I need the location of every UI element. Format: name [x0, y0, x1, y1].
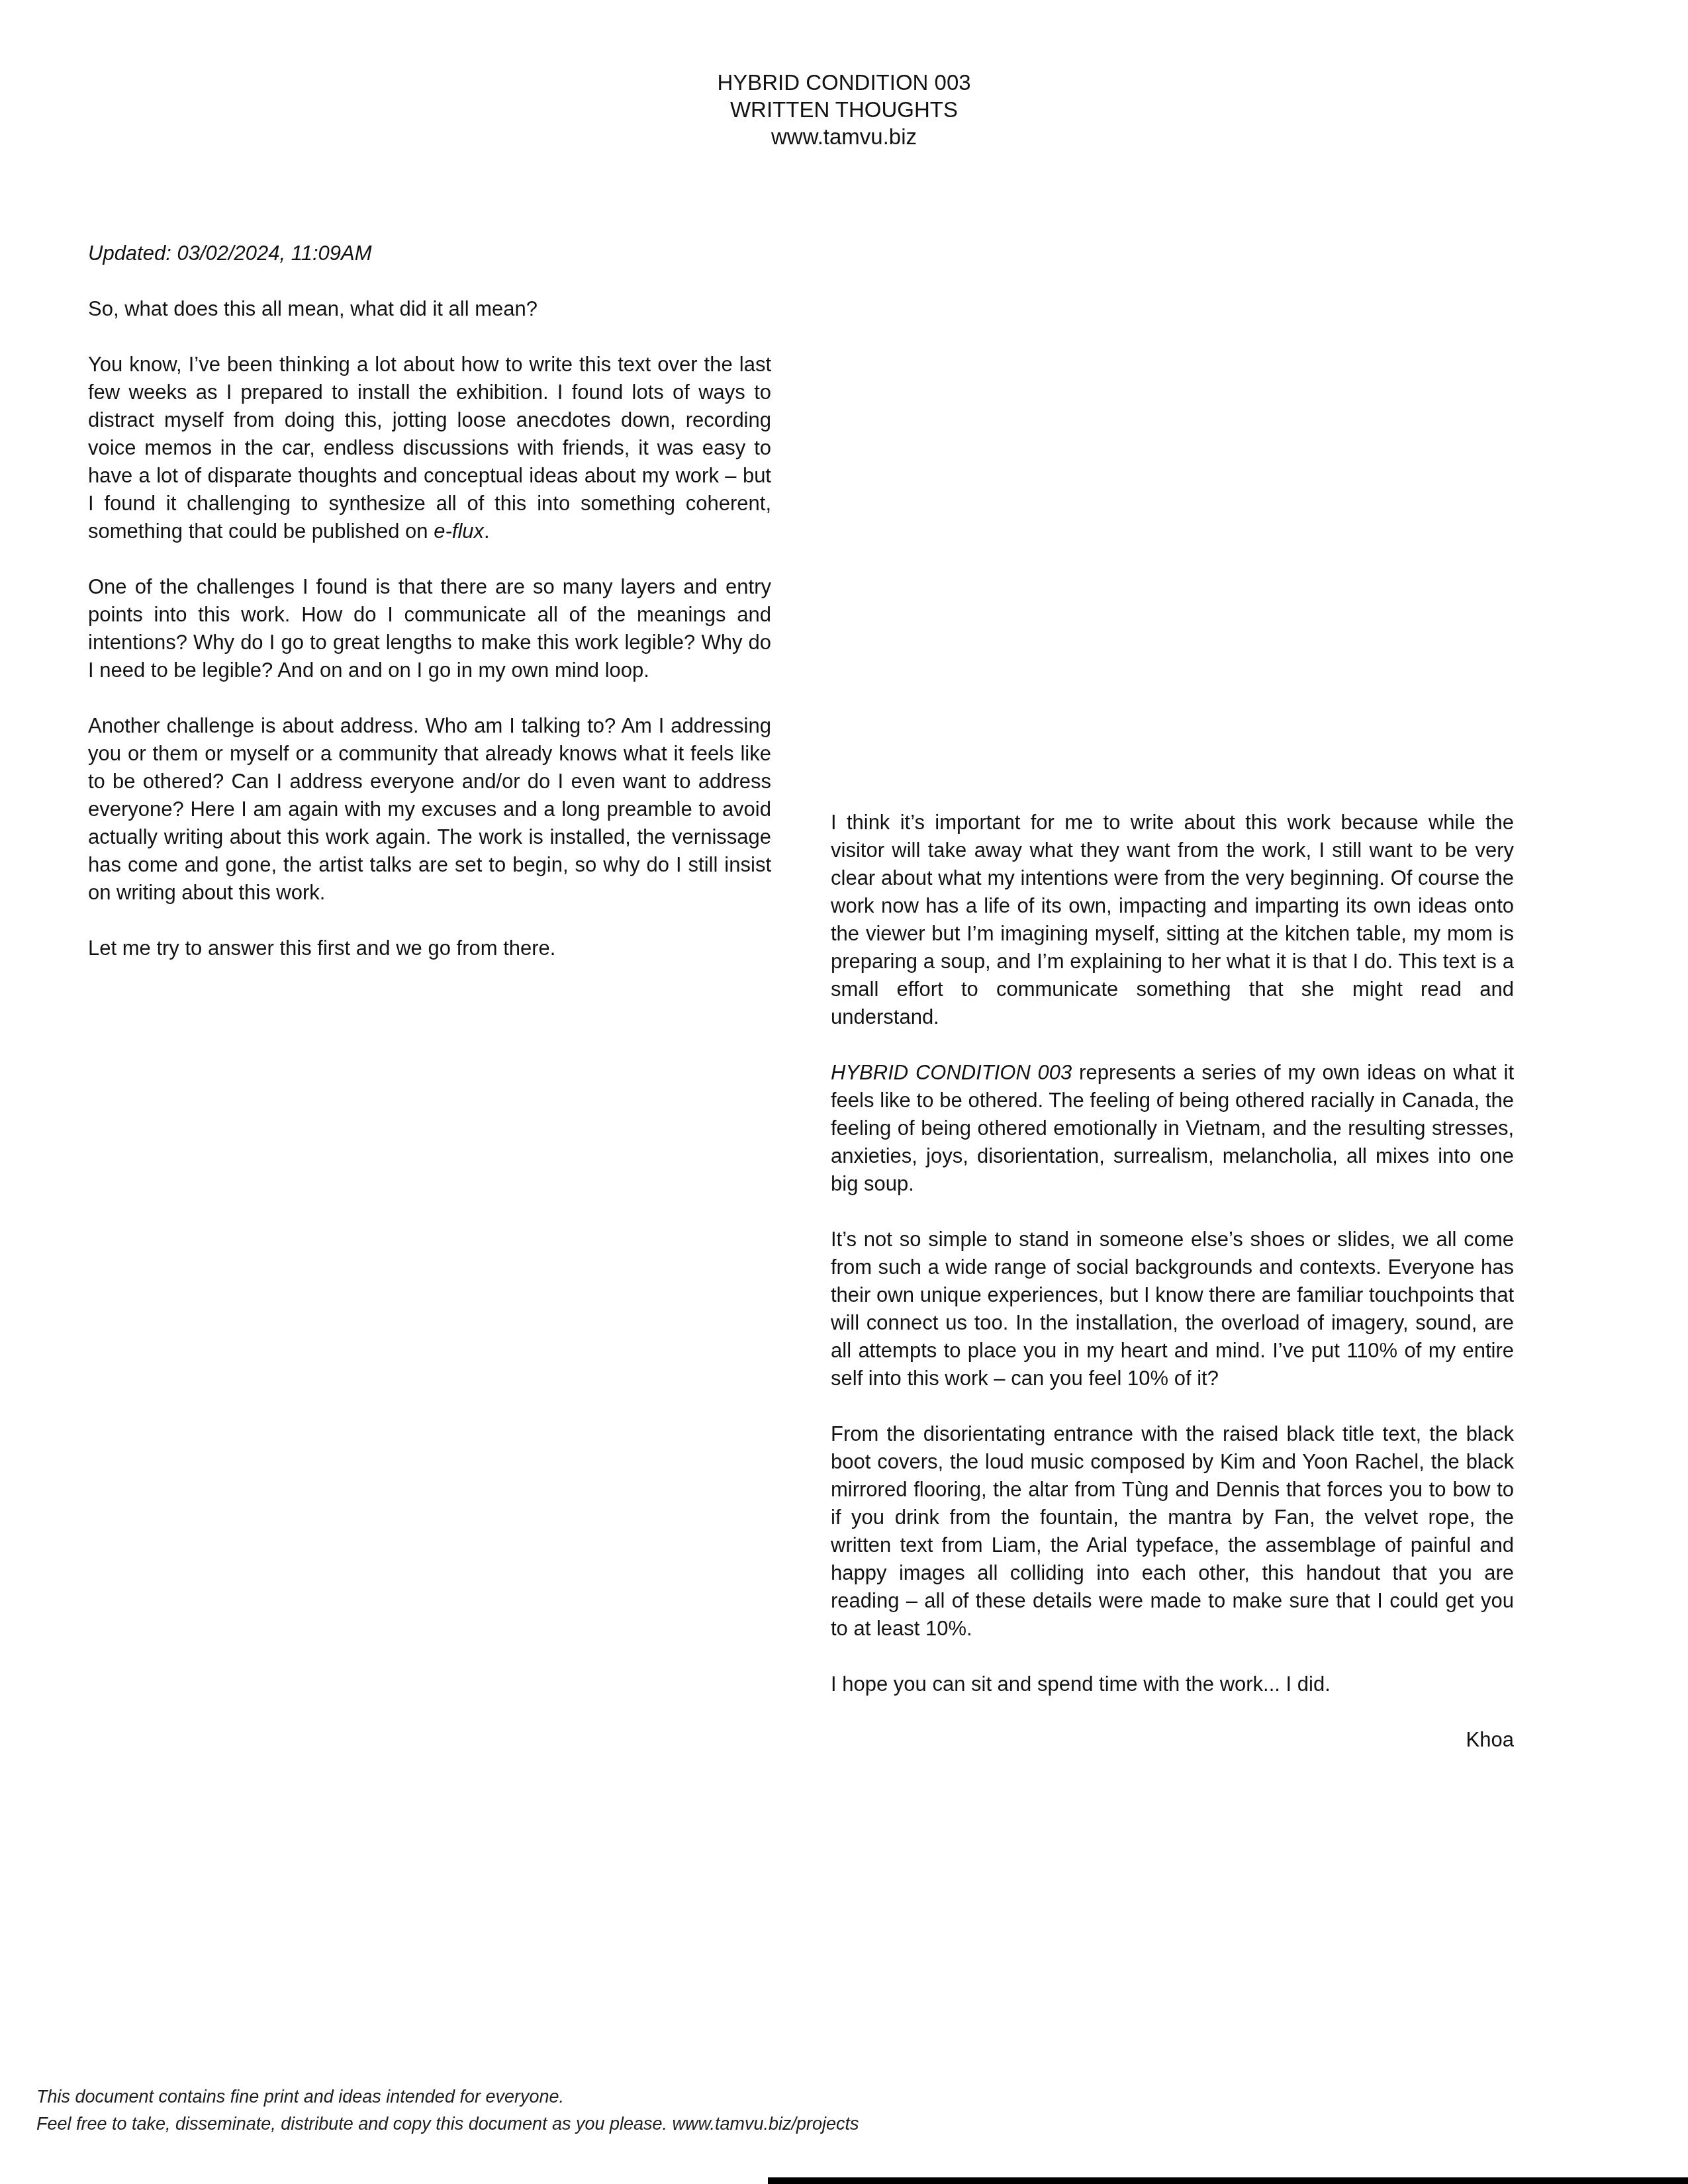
paragraph-installation-details: From the disorientating entrance with th…	[831, 1420, 1514, 1643]
right-column: I think it’s important for me to write a…	[831, 809, 1514, 1782]
signature: Khoa	[831, 1726, 1514, 1754]
paragraph-hope: I hope you can sit and spend time with t…	[831, 1670, 1514, 1698]
eflux-reference: e-flux	[434, 520, 484, 543]
left-column: Updated: 03/02/2024, 11:09AM So, what do…	[88, 240, 771, 990]
updated-timestamp: Updated: 03/02/2024, 11:09AM	[88, 240, 771, 267]
paragraph-shoes: It’s not so simple to stand in someone e…	[831, 1226, 1514, 1392]
paragraph-work-meaning: HYBRID CONDITION 003 represents a series…	[831, 1059, 1514, 1198]
paragraph-challenges: One of the challenges I found is that th…	[88, 573, 771, 684]
document-page: HYBRID CONDITION 003 WRITTEN THOUGHTS ww…	[0, 0, 1688, 2184]
document-footer: This document contains fine print and id…	[36, 2083, 859, 2138]
footer-line-2: Feel free to take, disseminate, distribu…	[36, 2111, 859, 2138]
work-title: HYBRID CONDITION 003	[831, 1061, 1072, 1084]
footer-line-1: This document contains fine print and id…	[36, 2083, 859, 2111]
paragraph-text-end: .	[484, 520, 490, 543]
document-subtitle: WRITTEN THOUGHTS	[0, 96, 1688, 123]
paragraph-answer-first: Let me try to answer this first and we g…	[88, 934, 771, 962]
paragraph-text: You know, I’ve been thinking a lot about…	[88, 353, 771, 543]
paragraph-intro-question: So, what does this all mean, what did it…	[88, 295, 771, 323]
document-title: HYBRID CONDITION 003	[0, 69, 1688, 96]
document-website: www.tamvu.biz	[0, 123, 1688, 150]
document-header: HYBRID CONDITION 003 WRITTEN THOUGHTS ww…	[0, 69, 1688, 150]
paragraph-importance: I think it’s important for me to write a…	[831, 809, 1514, 1031]
paragraph-address: Another challenge is about address. Who …	[88, 712, 771, 907]
scan-edge-artifact	[768, 2177, 1688, 2184]
paragraph-thinking: You know, I’ve been thinking a lot about…	[88, 351, 771, 545]
